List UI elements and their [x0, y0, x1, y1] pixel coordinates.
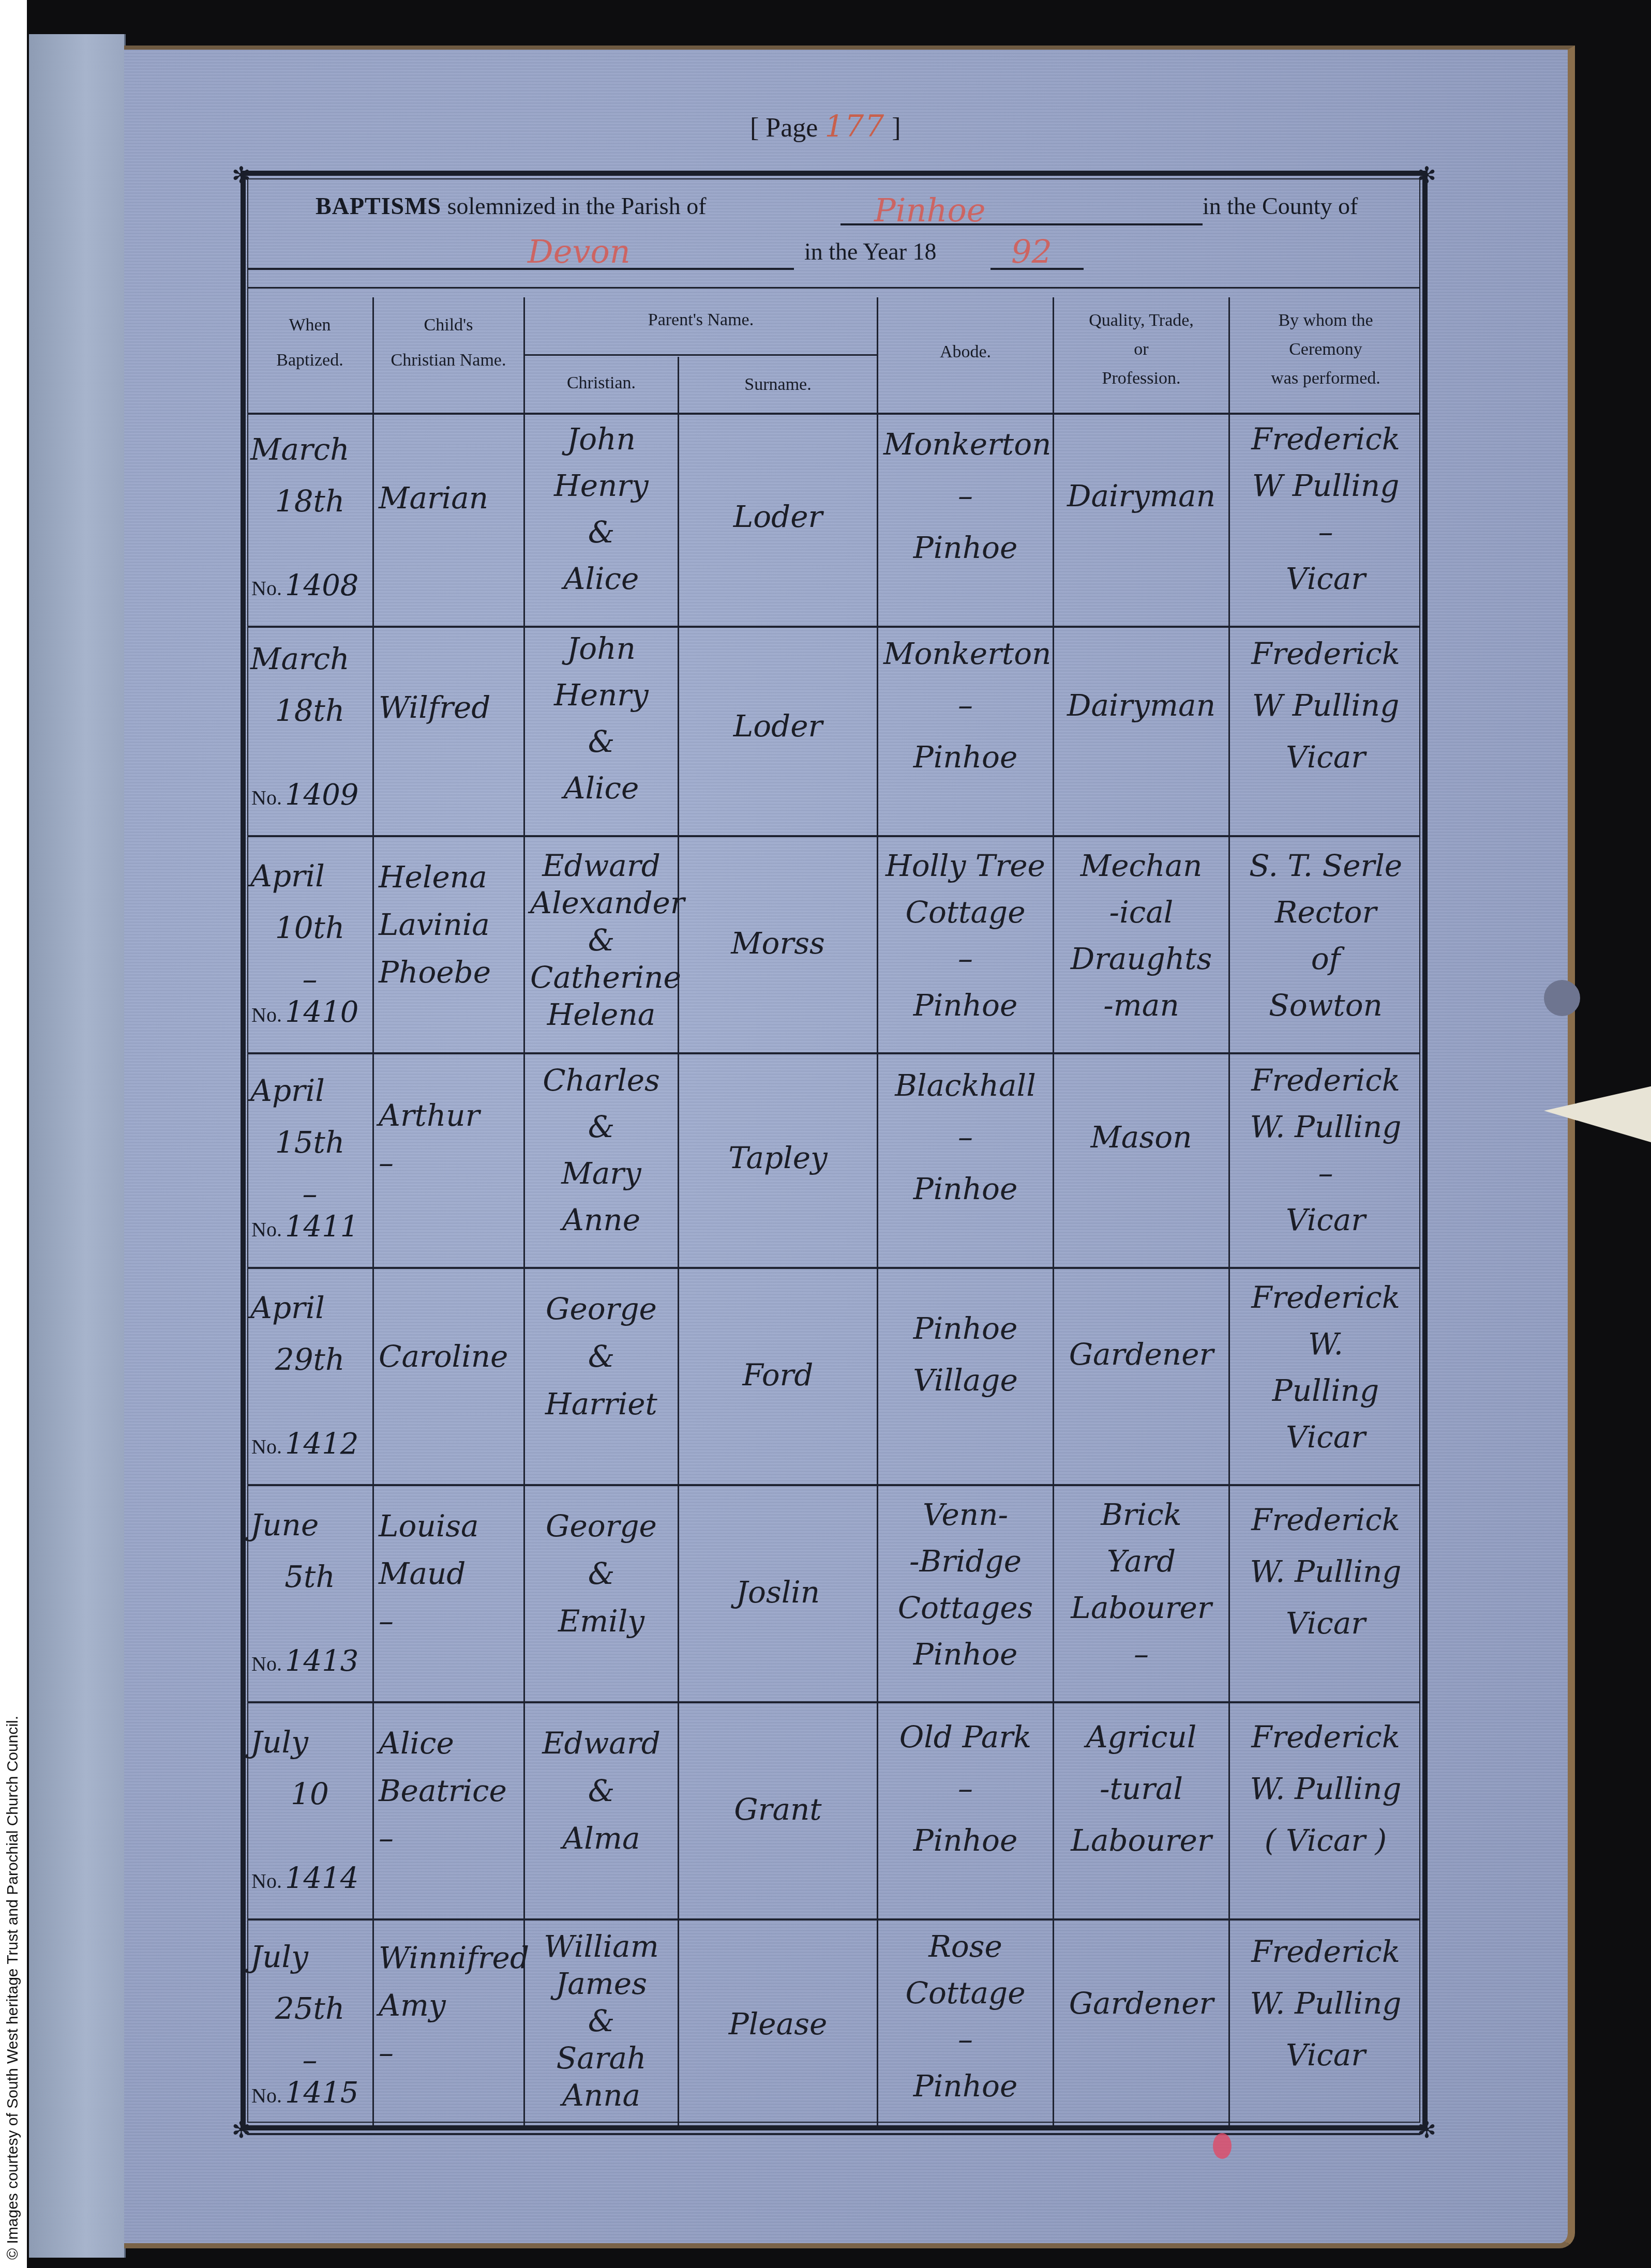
entry-surname: Grant [684, 1794, 872, 1824]
rosette-icon: ✻ [232, 2119, 251, 2142]
entry-profession-line: Brick [1059, 1500, 1223, 1530]
entry-parents_christian-line: Anne [530, 1205, 672, 1235]
entry-officiant-line: Frederick [1235, 639, 1416, 669]
entry-officiant-line: – [1235, 517, 1416, 547]
entry-parents_christian-line: Harriet [530, 1389, 672, 1419]
entry-child-line: Caroline [379, 1341, 518, 1371]
entry-abode-line: – [883, 690, 1047, 720]
column-divider [1228, 297, 1230, 2125]
entry-officiant-line: W Pulling [1235, 471, 1416, 501]
entry-abode-line: Pinhoe [883, 1825, 1047, 1855]
column-divider [372, 297, 374, 2125]
entry-surname: Please [684, 2009, 872, 2039]
entry-abode-line: Blackhall [883, 1070, 1047, 1100]
entry-divider [247, 1484, 1420, 1486]
county-blank [248, 268, 794, 270]
entry-divider [247, 1052, 1420, 1054]
entry-abode-line: – [883, 944, 1047, 974]
entry-parents_christian-line: & [530, 925, 672, 955]
red-stain [1213, 2133, 1232, 2159]
rosette-icon: ✻ [232, 164, 251, 187]
entry-child-line: – [379, 1148, 518, 1178]
entry-date-line: March [250, 434, 369, 464]
entry-surname: Loder [684, 711, 872, 741]
entry-officiant-line: W. Pulling [1235, 1556, 1416, 1586]
column-divider [678, 357, 679, 2125]
entry-officiant-line: Vicar [1235, 564, 1416, 594]
entry-officiant-line: Frederick [1235, 1722, 1416, 1752]
entry-abode-line: Pinhoe [883, 533, 1047, 563]
entry-date-line: 18th [250, 486, 369, 516]
entry-date-line: 15th [250, 1127, 369, 1157]
entry-parents_christian-line: Edward [530, 851, 672, 881]
entry-date-line: 10th [250, 913, 369, 943]
entry-child-line: Alice [379, 1728, 518, 1758]
entry-abode-line: Pinhoe [883, 2071, 1047, 2101]
entry-officiant-line: W. Pulling [1235, 1112, 1416, 1142]
header-quality-trade-profession: Quality, Trade, or Profession. [1054, 306, 1228, 393]
entry-abode-line: -Bridge [883, 1546, 1047, 1576]
entry-parents_christian-line: & [530, 1776, 672, 1806]
entry-abode-line: Old Park [883, 1722, 1047, 1752]
entry-child-line: Winnifred [379, 1943, 518, 1973]
entry-officiant-line: Rector [1235, 897, 1416, 927]
entry-number: No.1410 [251, 995, 358, 1029]
entry-number: No.1409 [251, 778, 358, 812]
entry-profession-line: Mason [1059, 1122, 1223, 1152]
entry-parents_christian-line: Alice [530, 564, 672, 594]
entry-divider [247, 1267, 1420, 1269]
entry-officiant-line: W Pulling [1235, 690, 1416, 720]
entry-date-line: April [250, 861, 369, 891]
entry-officiant-line: W. Pulling [1235, 1988, 1416, 2018]
header-parents-name: Parent's Name. [525, 305, 877, 335]
entry-number: No.1408 [251, 569, 358, 602]
entry-divider [247, 2133, 1420, 2135]
page-number: [ Page 177 ] [750, 109, 900, 144]
rosette-icon: ✻ [1417, 2119, 1436, 2142]
entry-abode-line: Cottage [883, 1978, 1047, 2008]
entry-parents_christian-line: Mary [530, 1158, 672, 1188]
entry-date-line: – [250, 1179, 369, 1209]
entry-parents_christian-line: John [530, 424, 672, 454]
entry-surname: Morss [684, 928, 872, 958]
header-parent-christian: Christian. [525, 368, 678, 398]
entry-abode-line: Pinhoe [883, 1313, 1047, 1343]
entry-officiant-line: Frederick [1235, 424, 1416, 454]
entry-abode-line: Village [883, 1365, 1047, 1395]
entry-profession-line: Gardener [1059, 1988, 1223, 2018]
entry-abode-line: – [883, 1122, 1047, 1152]
entry-abode-line: Cottages [883, 1593, 1047, 1623]
entry-abode-line: – [883, 2024, 1047, 2054]
entry-date-line: March [250, 644, 369, 674]
column-divider [1053, 297, 1054, 2125]
entry-parents_christian-line: & [530, 727, 672, 757]
entry-parents_christian-line: George [530, 1294, 672, 1324]
entry-officiant-line: W. Pulling [1235, 1774, 1416, 1804]
copyright-notice: © Images courtesy of South West heritage… [4, 1587, 22, 2260]
entry-parents_christian-line: Charles [530, 1065, 672, 1095]
entry-profession-line: Draughts [1059, 944, 1223, 974]
entry-parents_christian-line: Henry [530, 680, 672, 710]
entry-profession-line: Gardener [1059, 1339, 1223, 1369]
entry-date-line: 29th [250, 1344, 369, 1374]
entry-child-line: Wilfred [379, 692, 518, 722]
header-child-name: Child's Christian Name. [373, 310, 523, 375]
entry-date-line: July [250, 1727, 369, 1757]
page-marker-tab [1544, 1086, 1651, 1143]
entry-abode-line: Pinhoe [883, 742, 1047, 772]
header-divider [247, 413, 1420, 415]
header-parent-surname: Surname. [679, 370, 877, 400]
entry-profession-line: -man [1059, 990, 1223, 1020]
entry-parents_christian-line: Edward [530, 1728, 672, 1758]
entry-surname: Loder [684, 502, 872, 532]
entry-child-line: – [379, 1606, 518, 1636]
entry-parents_christian-line: William [530, 1931, 672, 1961]
entry-abode-line: Rose [883, 1931, 1047, 1961]
entry-abode-line: – [883, 481, 1047, 511]
entry-divider [247, 1701, 1420, 1703]
entry-parents_christian-line: James [530, 1969, 672, 1999]
entry-officiant-line: Vicar [1235, 1422, 1416, 1452]
page-number-value: 177 [824, 109, 885, 144]
rosette-icon: ✻ [1417, 164, 1436, 187]
facing-page-edge [29, 34, 126, 2258]
entry-parents_christian-line: Alma [530, 1823, 672, 1853]
entry-child-line: Beatrice [379, 1776, 518, 1806]
entry-divider [247, 1918, 1420, 1921]
entry-officiant-line: Frederick [1235, 1505, 1416, 1535]
entry-child-line: Helena [379, 862, 518, 892]
entry-number: No.1415 [251, 2076, 358, 2110]
entry-parents_christian-line: & [530, 517, 672, 547]
title-divider [247, 287, 1420, 289]
entry-profession-line: -tural [1059, 1774, 1223, 1804]
entry-profession-line: Labourer [1059, 1593, 1223, 1623]
entry-date-line: 18th [250, 695, 369, 725]
entry-child-line: – [379, 1823, 518, 1853]
entry-abode-line: Holly Tree [883, 851, 1047, 881]
parents-subheader-divider [525, 354, 877, 356]
entry-abode-line: Pinhoe [883, 1639, 1047, 1669]
entry-officiant-line: Vicar [1235, 742, 1416, 772]
entry-child-line: Arthur [379, 1100, 518, 1130]
entry-officiant-line: S. T. Serle [1235, 851, 1416, 881]
column-divider [523, 297, 525, 2125]
entry-profession-line: – [1059, 1639, 1223, 1669]
entry-date-line: 10 [250, 1779, 369, 1809]
entry-parents_christian-line: George [530, 1511, 672, 1541]
column-divider [877, 297, 878, 2125]
register-title: BAPTISMS solemnized in the Parish of [316, 192, 706, 220]
entry-profession-line: Mechan [1059, 851, 1223, 881]
entry-abode-line: Monkerton [883, 429, 1047, 459]
entry-abode-line: Cottage [883, 897, 1047, 927]
entry-date-line: April [250, 1076, 369, 1106]
entry-parents_christian-line: Alice [530, 773, 672, 803]
entry-number: No.1414 [251, 1862, 358, 1895]
header-abode: Abode. [878, 337, 1053, 367]
entry-date-line: June [250, 1510, 369, 1540]
entry-date-line: – [250, 964, 369, 994]
entry-divider [247, 835, 1420, 837]
entry-officiant-line: Vicar [1235, 1608, 1416, 1638]
entry-date-line: 5th [250, 1562, 369, 1592]
entry-number: No.1413 [251, 1644, 358, 1678]
entry-abode-line: Monkerton [883, 639, 1047, 669]
header-officiant: By whom the Ceremony was performed. [1230, 306, 1421, 393]
header-when-baptized: When Baptized. [247, 310, 372, 375]
entry-officiant-line: Frederick [1235, 1937, 1416, 1967]
entry-date-line: 25th [250, 1993, 369, 2023]
entry-officiant-line: W. [1235, 1329, 1416, 1359]
entry-child-line: Phoebe [379, 957, 518, 987]
entry-officiant-line: Vicar [1235, 2040, 1416, 2070]
parish-value: Pinhoe [874, 191, 985, 229]
entry-parents_christian-line: Henry [530, 471, 672, 501]
entry-date-line: April [250, 1293, 369, 1323]
entry-child-line: Louisa [379, 1511, 518, 1541]
entry-child-line: Marian [379, 483, 518, 513]
entry-child-line: Lavinia [379, 910, 518, 940]
entry-abode-line: Venn- [883, 1500, 1047, 1530]
entry-parents_christian-line: Anna [530, 2080, 672, 2110]
entry-parents_christian-line: John [530, 633, 672, 663]
entry-parents_christian-line: & [530, 1559, 672, 1589]
entry-parents_christian-line: & [530, 1341, 672, 1371]
county-value: Devon [528, 233, 631, 270]
entry-parents_christian-line: Emily [530, 1606, 672, 1636]
entry-officiant-line: ( Vicar ) [1235, 1825, 1416, 1855]
entry-parents_christian-line: & [530, 1112, 672, 1142]
entry-profession-line: Agricul [1059, 1722, 1223, 1752]
entry-parents_christian-line: Alexander [530, 888, 672, 918]
entry-profession-line: Dairyman [1059, 481, 1223, 511]
entry-date-line: July [250, 1942, 369, 1972]
entry-profession-line: Yard [1059, 1546, 1223, 1576]
entry-surname: Joslin [684, 1577, 872, 1607]
entry-officiant-line: Frederick [1235, 1282, 1416, 1312]
entry-parents_christian-line: & [530, 2006, 672, 2036]
punch-hole [1544, 980, 1580, 1016]
entry-officiant-line: Vicar [1235, 1205, 1416, 1235]
entry-profession-line: -ical [1059, 897, 1223, 927]
entry-officiant-line: Pulling [1235, 1375, 1416, 1405]
entry-abode-line: Pinhoe [883, 1174, 1047, 1204]
entry-parents_christian-line: Helena [530, 1000, 672, 1030]
entry-child-line: Maud [379, 1559, 518, 1589]
entry-child-line: – [379, 2038, 518, 2068]
entry-date-line: – [250, 2045, 369, 2075]
entry-child-line: Amy [379, 1990, 518, 2020]
entry-officiant-line: Sowton [1235, 990, 1416, 1020]
entry-surname: Tapley [684, 1143, 872, 1173]
entry-officiant-line: – [1235, 1158, 1416, 1188]
entry-parents_christian-line: Sarah [530, 2043, 672, 2073]
year-value: 92 [1011, 233, 1052, 270]
entry-abode-line: – [883, 1774, 1047, 1804]
entry-officiant-line: of [1235, 944, 1416, 974]
entry-profession-line: Labourer [1059, 1825, 1223, 1855]
entry-parents_christian-line: Catherine [530, 962, 672, 992]
entry-surname: Ford [684, 1360, 872, 1390]
entry-officiant-line: Frederick [1235, 1065, 1416, 1095]
entry-divider [247, 626, 1420, 628]
entry-number: No.1411 [251, 1210, 358, 1244]
entry-profession-line: Dairyman [1059, 690, 1223, 720]
entry-abode-line: Pinhoe [883, 990, 1047, 1020]
entry-number: No.1412 [251, 1427, 358, 1461]
